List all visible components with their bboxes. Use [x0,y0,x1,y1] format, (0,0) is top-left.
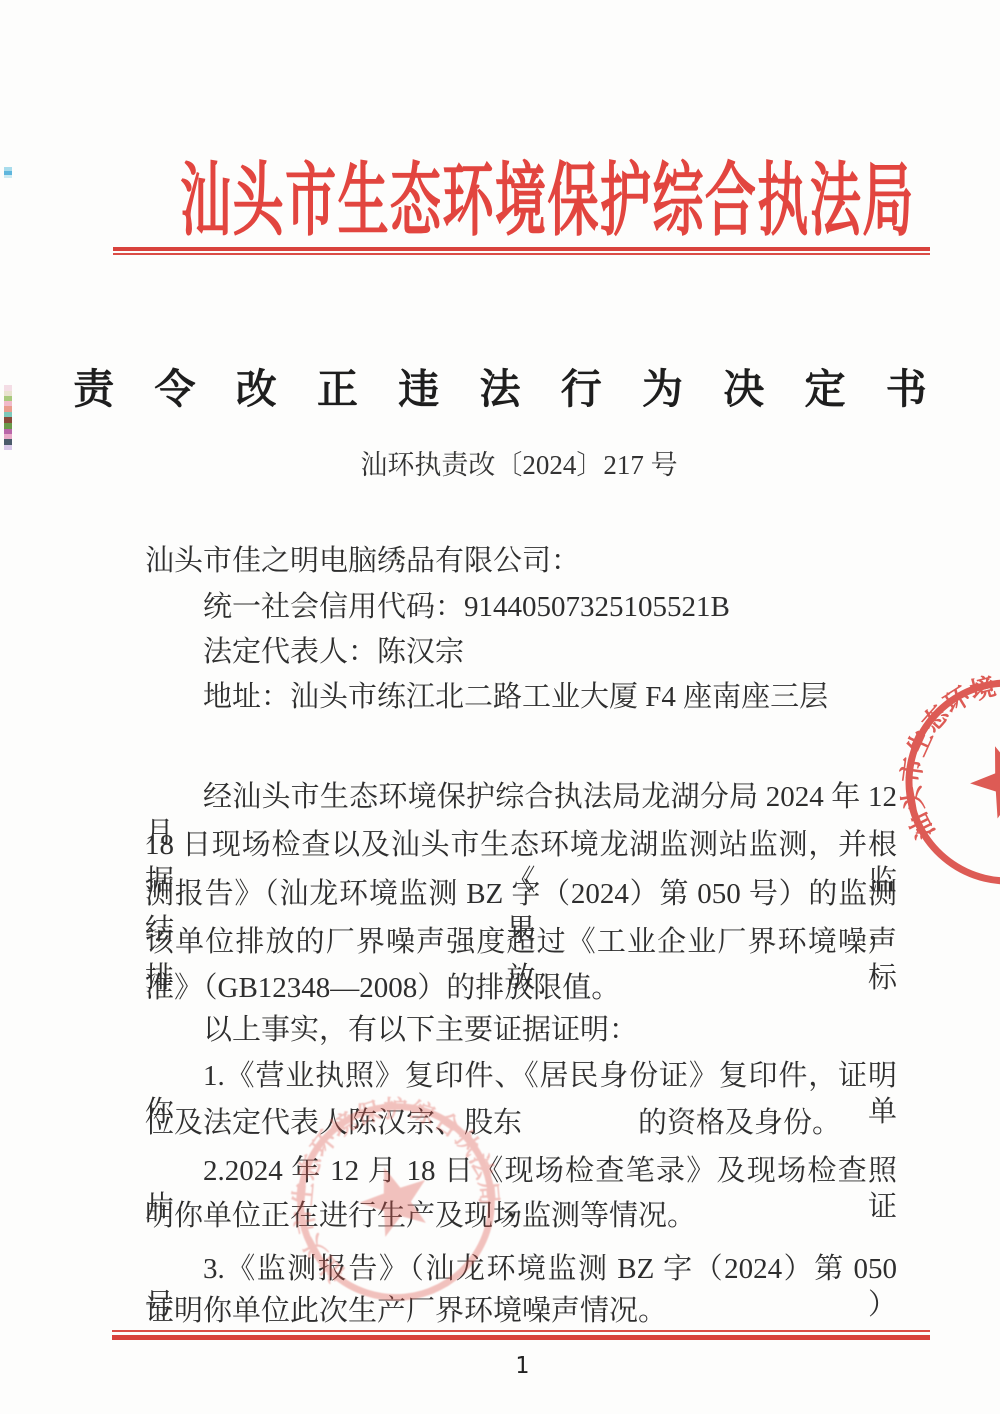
letterhead-rule [113,247,930,255]
recipient-company: 汕头市佳之明电脑绣品有限公司： [145,543,897,579]
body-line: 以上事实，有以下主要证据证明： [145,1012,897,1048]
svg-text:汕头市生态环境保护综合执法局: 汕头市生态环境保护综合执法局 [884,658,1000,850]
document-number: 汕环执责改〔2024〕217 号 [0,443,1000,482]
document-title: 责 令 改 正 违 法 行 为 决 定 书 [0,356,1000,415]
seal-star-icon [961,734,1000,823]
scanned-document-page: 汕头市生态环境保护综合执法局 责 令 改 正 违 法 行 为 决 定 书 汕环执… [0,0,1000,1414]
seal-arc-text: 汕头市生态环境保护综合执法局 [884,658,1000,850]
official-seal-right: 汕头市生态环境保护综合执法局 [884,658,1000,906]
page-number: 1 [0,1353,1000,1379]
body-line: 位及法定代表人陈汉宗、股东 的资格及身份。 [145,1105,897,1141]
body-line: 证明你单位此次生产厂界环境噪声情况。 [145,1293,897,1329]
recipient-address: 地址：汕头市练江北二路工业大厦 F4 座南座三层 [145,679,897,715]
recipient-credit-code: 统一社会信用代码：91440507325105521B [145,589,897,625]
agency-letterhead: 汕头市生态环境保护综合执法局 [180,156,820,248]
scan-artifact-strip-top [4,167,12,178]
footer-rule [112,1330,930,1340]
body-line: 准》（GB12348—2008）的排放限值。 [145,970,897,1006]
seal-star-icon [351,1156,438,1241]
recipient-legal-representative: 法定代表人：陈汉宗 [145,634,897,670]
